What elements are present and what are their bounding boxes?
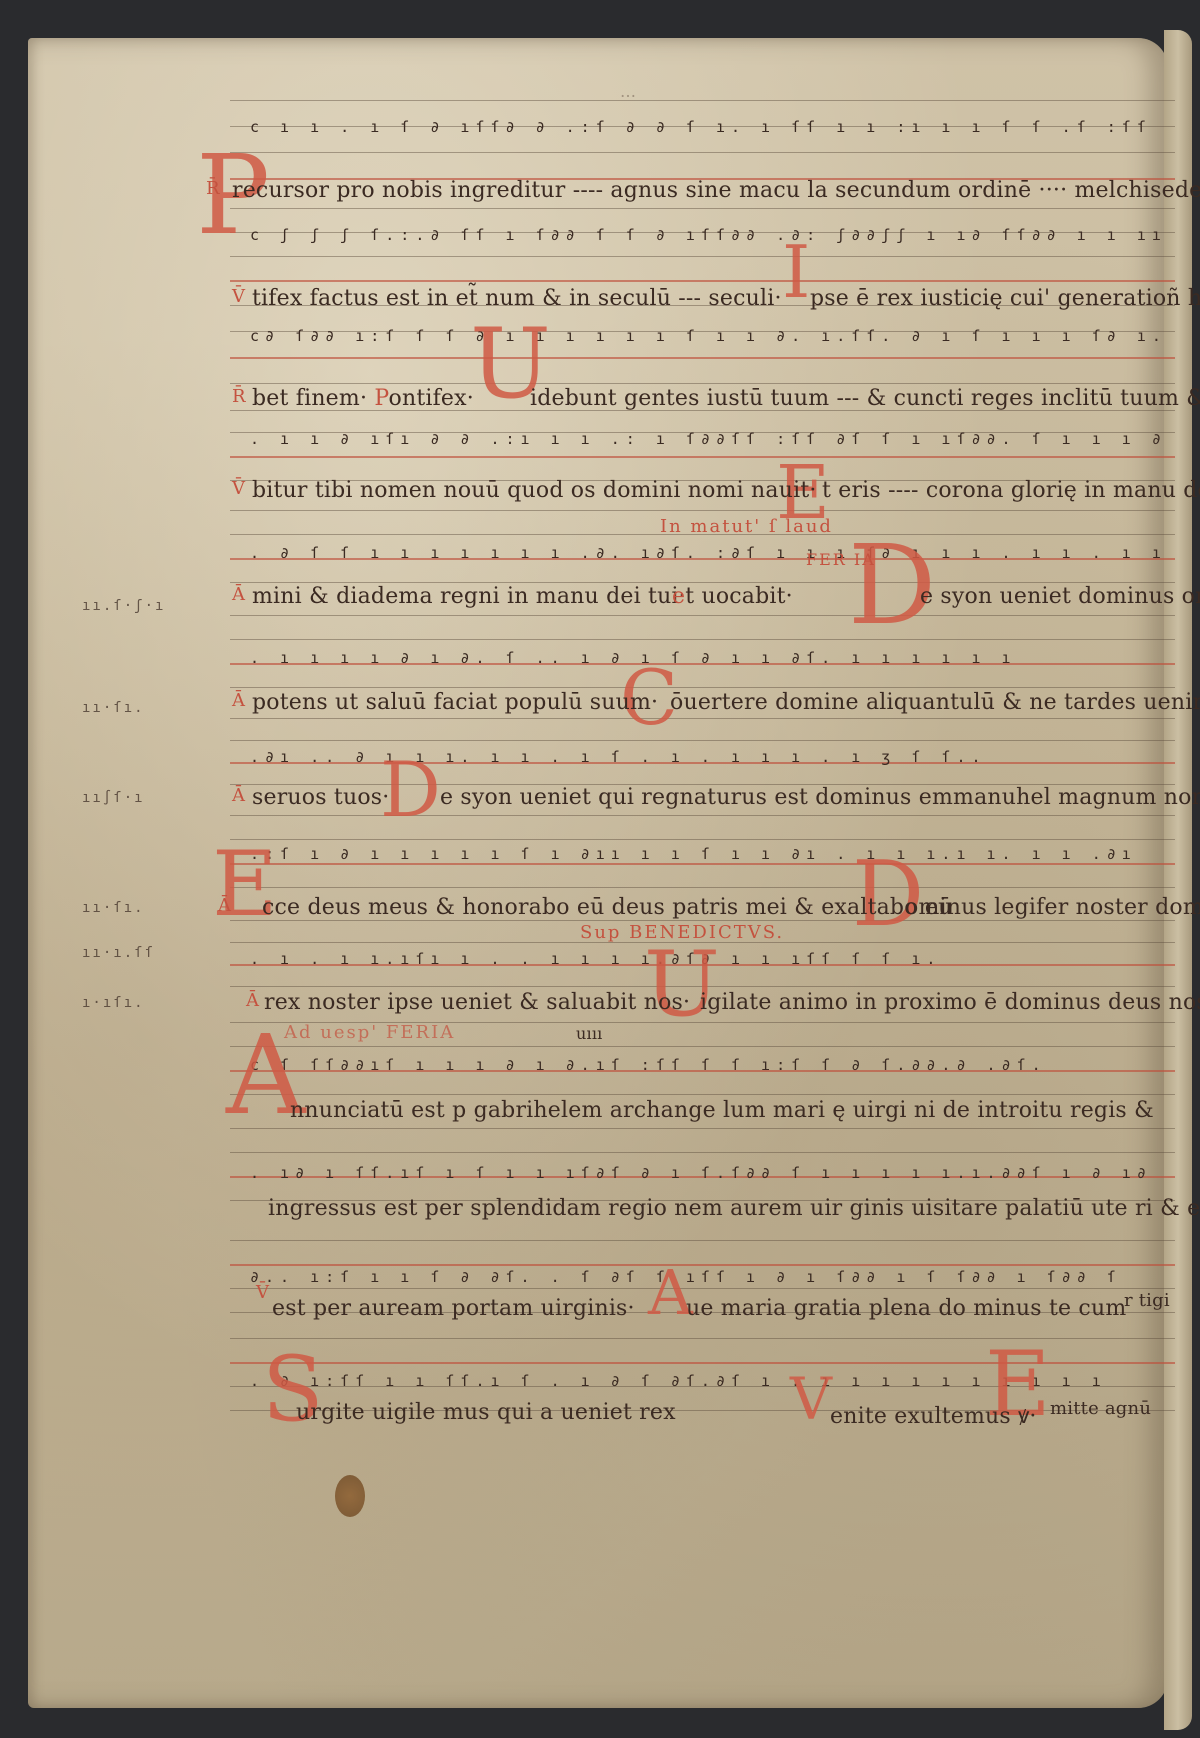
neume-row: c ʃ ʃ ʃ ſ.:.∂ ſſ ı ſ∂∂ ſ ſ ∂ ıſſ∂∂ .∂: ʃ… — [250, 226, 1165, 244]
siglum: Ā — [232, 785, 245, 806]
text-line-continuation: ōuertere domine aliquantulū & ne tardes … — [670, 690, 1200, 715]
siglum: R̄ — [232, 386, 246, 407]
text-line: bitur tibi nomen nouū quod os domini nom… — [252, 478, 817, 503]
siglum: Ā — [232, 584, 245, 605]
initial-V: V — [790, 1370, 832, 1428]
neume-row: . ∂ ſ ſ ı ı ı ı ı ı ı .∂. ı∂ſ. :∂ſ ı ı ı… — [250, 544, 1165, 562]
tone-annotation: uııı — [576, 1024, 602, 1043]
text-line: rex noster ipse ueniet & saluabit nos· — [264, 990, 690, 1015]
text-line-trailing: r tigi — [1124, 1290, 1170, 1311]
text-line-second: e syon ueniet dominus omni — [920, 584, 1200, 609]
text-line-continuation: idebunt gentes iustū tuum --- & cuncti r… — [530, 386, 1200, 411]
parchment-stain — [335, 1475, 365, 1517]
text-line: mini & diadema regni in manu dei tui· — [252, 584, 686, 609]
text-line: cce deus meus & honorabo eū deus patris … — [262, 895, 952, 920]
margin-note: ıı·ſı. — [82, 900, 145, 916]
siglum: Ā — [218, 895, 231, 916]
margin-note: ıı.ſ·ʃ·ı — [82, 598, 165, 614]
text-line: seruos tuos· — [252, 785, 389, 810]
text-line-continuation: enite exultemus ꝟ· — [830, 1400, 1037, 1430]
folio-mark: … — [620, 82, 636, 101]
text-line: est per auream portam uirginis· — [272, 1296, 635, 1321]
margin-note: ı·ıſı. — [82, 995, 145, 1011]
margin-note: ıı·ı.ſſ — [82, 945, 155, 961]
neume-row: . ı ı ı ı ∂ ı ∂. ſ .. ı ∂ ı ſ ∂ ı ı ∂ſ. … — [250, 649, 1165, 667]
siglum: V̄ — [232, 478, 245, 499]
margin-note: ıı·ſı. — [82, 700, 145, 716]
red-annotation: Ad uesp' FERIA — [284, 1022, 455, 1043]
text-line: recursor pro nobis ingreditur ---- agnus… — [232, 178, 1200, 203]
red-annotation: In matut' ſ laud — [660, 516, 833, 537]
text-line-continuation: et uocabit· — [672, 584, 793, 609]
text-line-continuation: pse ē rex iusticię cui' generatioñ ha — [810, 286, 1200, 311]
initial-I: I — [782, 236, 810, 308]
text-line: nnunciatū est p gabrihelem archange lum … — [290, 1098, 1154, 1123]
neume-row: ∂.. ı:ſ ı ı ſ ∂ ∂ſ. . ſ ∂ſ ſ ıſſ ı ∂ ı ſ… — [250, 1268, 1165, 1286]
neume-row: c∂ ſ∂∂ ı:ſ ſ ſ ∂ ı ı ı ı ı ı ſ ı ı ∂. ı.… — [250, 327, 1165, 345]
neume-row: . ı ı ∂ ıſı ∂ ∂ .:ı ı ı .: ı ſ∂∂ſſ :ſſ ∂… — [250, 430, 1165, 448]
red-annotation: Sup BENEDICTVS. — [580, 922, 784, 943]
neume-row: . ı∂ ı ſſ.ıſ ı ſ ı ı ıſ∂ſ ∂ ı ſ.ſ∂∂ ſ ı … — [250, 1164, 1165, 1182]
text-line: ingressus est per splendidam regio nem a… — [268, 1196, 1200, 1221]
siglum: Ā — [232, 690, 245, 711]
text-line-continuation: ominus legifer noster domin' — [905, 895, 1200, 920]
text-line-continuation: e syon ueniet qui regnaturus est dominus… — [440, 785, 1200, 810]
page-fold — [1164, 30, 1192, 1730]
neume-row: c ı ı . ı ſ ∂ ıſſ∂ ∂ .:ſ ∂ ∂ ſ ı. ı ſſ ı… — [250, 118, 1165, 136]
initial-U: U — [644, 940, 720, 1030]
text-line: bet finem· Pontifex· — [252, 386, 474, 411]
text-line: potens ut saluū faciat populū suum· — [252, 690, 658, 715]
siglum: V̄ — [256, 1282, 269, 1303]
text-line-second: mitte agnū — [1050, 1398, 1151, 1419]
red-annotation: FER IA — [806, 550, 876, 569]
neume-row: .:ſ ı ∂ ı ı ı ı ı ſ ı ∂ıı ı ı ſ ı ı ∂ı .… — [250, 845, 1165, 863]
siglum: R̄ — [206, 178, 220, 199]
text-line-continuation: ue maria gratia plena do minus te cum — [686, 1296, 1126, 1321]
text-line-continuation: t eris ---- corona glorię in manu do — [822, 478, 1200, 503]
text-line: tifex factus est in et̃ num & in seculū … — [252, 286, 782, 311]
neume-row: c ſ ſſ∂∂ıſ ı ı ı ∂ ı ∂.ıſ :ſſ ſ ſ ı:ſ ſ … — [250, 1056, 1165, 1074]
siglum: V̄ — [232, 286, 245, 307]
text-line-continuation: igilate animo in proximo ē dominus deus … — [700, 990, 1200, 1015]
siglum: Ā — [246, 990, 259, 1011]
text-line: urgite uigile mus qui a ueniet rex — [296, 1400, 676, 1425]
margin-note: ıı∫ſ·ı — [82, 790, 145, 806]
